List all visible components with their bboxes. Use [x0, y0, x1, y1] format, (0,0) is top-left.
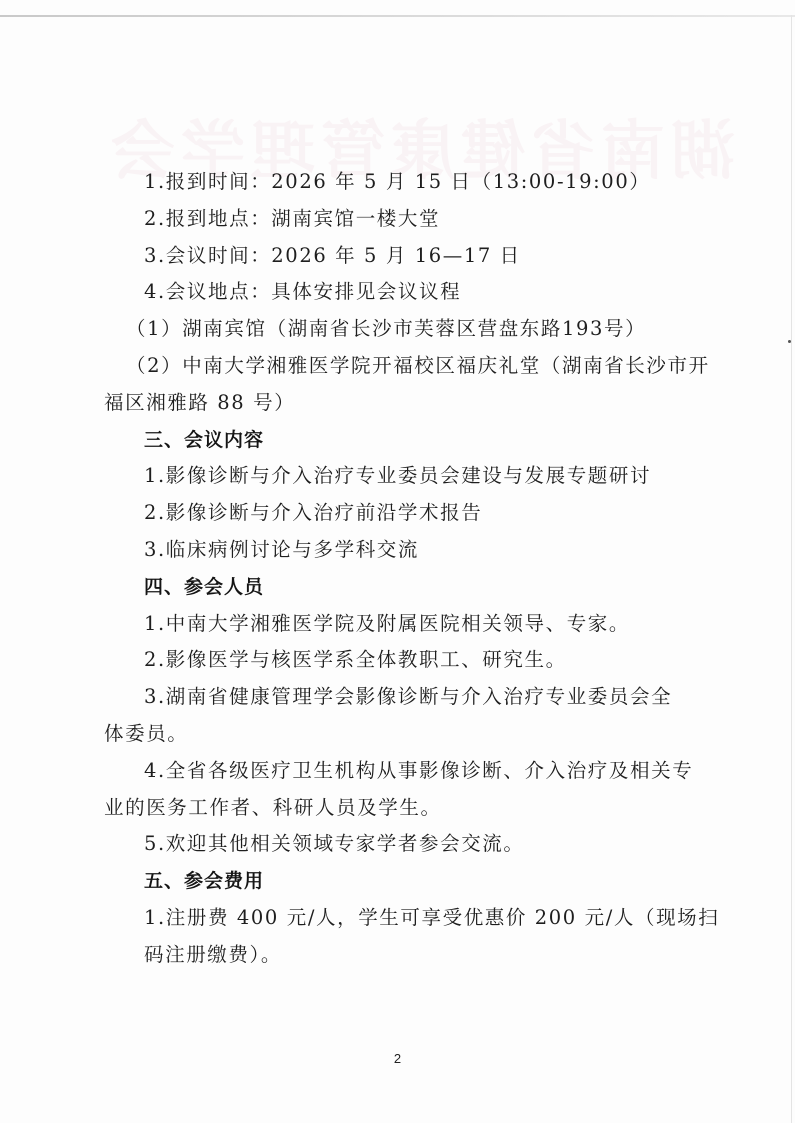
attendee-item: 2.影像医学与核医学系全体教职工、研究生。 — [104, 642, 694, 679]
registration-time: 1.报到时间：2026 年 5 月 15 日（13:00-19:00） — [104, 164, 694, 201]
attendee-item-continued: 体委员。 — [104, 716, 694, 753]
section-attendees: 四、参会人员 1.中南大学湘雅医学院及附属医院相关领导、专家。 2.影像医学与核… — [104, 569, 694, 863]
content-item: 1.影像诊断与介入治疗专业委员会建设与发展专题研讨 — [104, 458, 694, 495]
scan-edge-right — [791, 15, 792, 1123]
scan-edge-top — [0, 15, 795, 17]
document-body: 1.报到时间：2026 年 5 月 15 日（13:00-19:00） 2.报到… — [104, 164, 694, 974]
attendee-item: 5.欢迎其他相关领域专家学者参会交流。 — [104, 826, 694, 863]
scan-speck — [788, 340, 791, 343]
attendee-item: 3.湖南省健康管理学会影像诊断与介入治疗专业委员会全 — [104, 679, 694, 716]
content-item: 2.影像诊断与介入治疗前沿学术报告 — [104, 495, 694, 532]
section-heading-attendees: 四、参会人员 — [104, 569, 694, 606]
logistics-list: 1.报到时间：2026 年 5 月 15 日（13:00-19:00） 2.报到… — [104, 164, 694, 311]
attendee-item: 4.全省各级医疗卫生机构从事影像诊断、介入治疗及相关专 — [104, 753, 694, 790]
venue-1: （1）湖南宾馆（湖南省长沙市芙蓉区营盘东路193号） — [104, 311, 694, 348]
content-item: 3.临床病例讨论与多学科交流 — [104, 532, 694, 569]
section-fees: 五、参会费用 1.注册费 400 元/人，学生可享受优惠价 200 元/人（现场… — [104, 863, 694, 973]
section-heading-fees: 五、参会费用 — [104, 863, 694, 900]
attendee-item: 1.中南大学湘雅医学院及附属医院相关领导、专家。 — [104, 606, 694, 643]
attendee-item-continued: 业的医务工作者、科研人员及学生。 — [104, 790, 694, 827]
fee-item: 1.注册费 400 元/人，学生可享受优惠价 200 元/人（现场扫 — [104, 900, 694, 937]
section-meeting-content: 三、会议内容 1.影像诊断与介入治疗专业委员会建设与发展专题研讨 2.影像诊断与… — [104, 422, 694, 569]
meeting-time: 3.会议时间：2026 年 5 月 16—17 日 — [104, 238, 694, 275]
page-number: 2 — [0, 1051, 795, 1066]
section-heading-content: 三、会议内容 — [104, 422, 694, 459]
meeting-location: 4.会议地点：具体安排见会议议程 — [104, 274, 694, 311]
venue-list: （1）湖南宾馆（湖南省长沙市芙蓉区营盘东路193号） （2）中南大学湘雅医学院开… — [104, 311, 694, 421]
registration-location: 2.报到地点：湖南宾馆一楼大堂 — [104, 201, 694, 238]
venue-2-line2: 福区湘雅路 88 号） — [104, 385, 694, 422]
fee-item-continued: 码注册缴费）。 — [104, 937, 694, 974]
venue-2-line1: （2）中南大学湘雅医学院开福校区福庆礼堂（湖南省长沙市开 — [104, 348, 694, 385]
